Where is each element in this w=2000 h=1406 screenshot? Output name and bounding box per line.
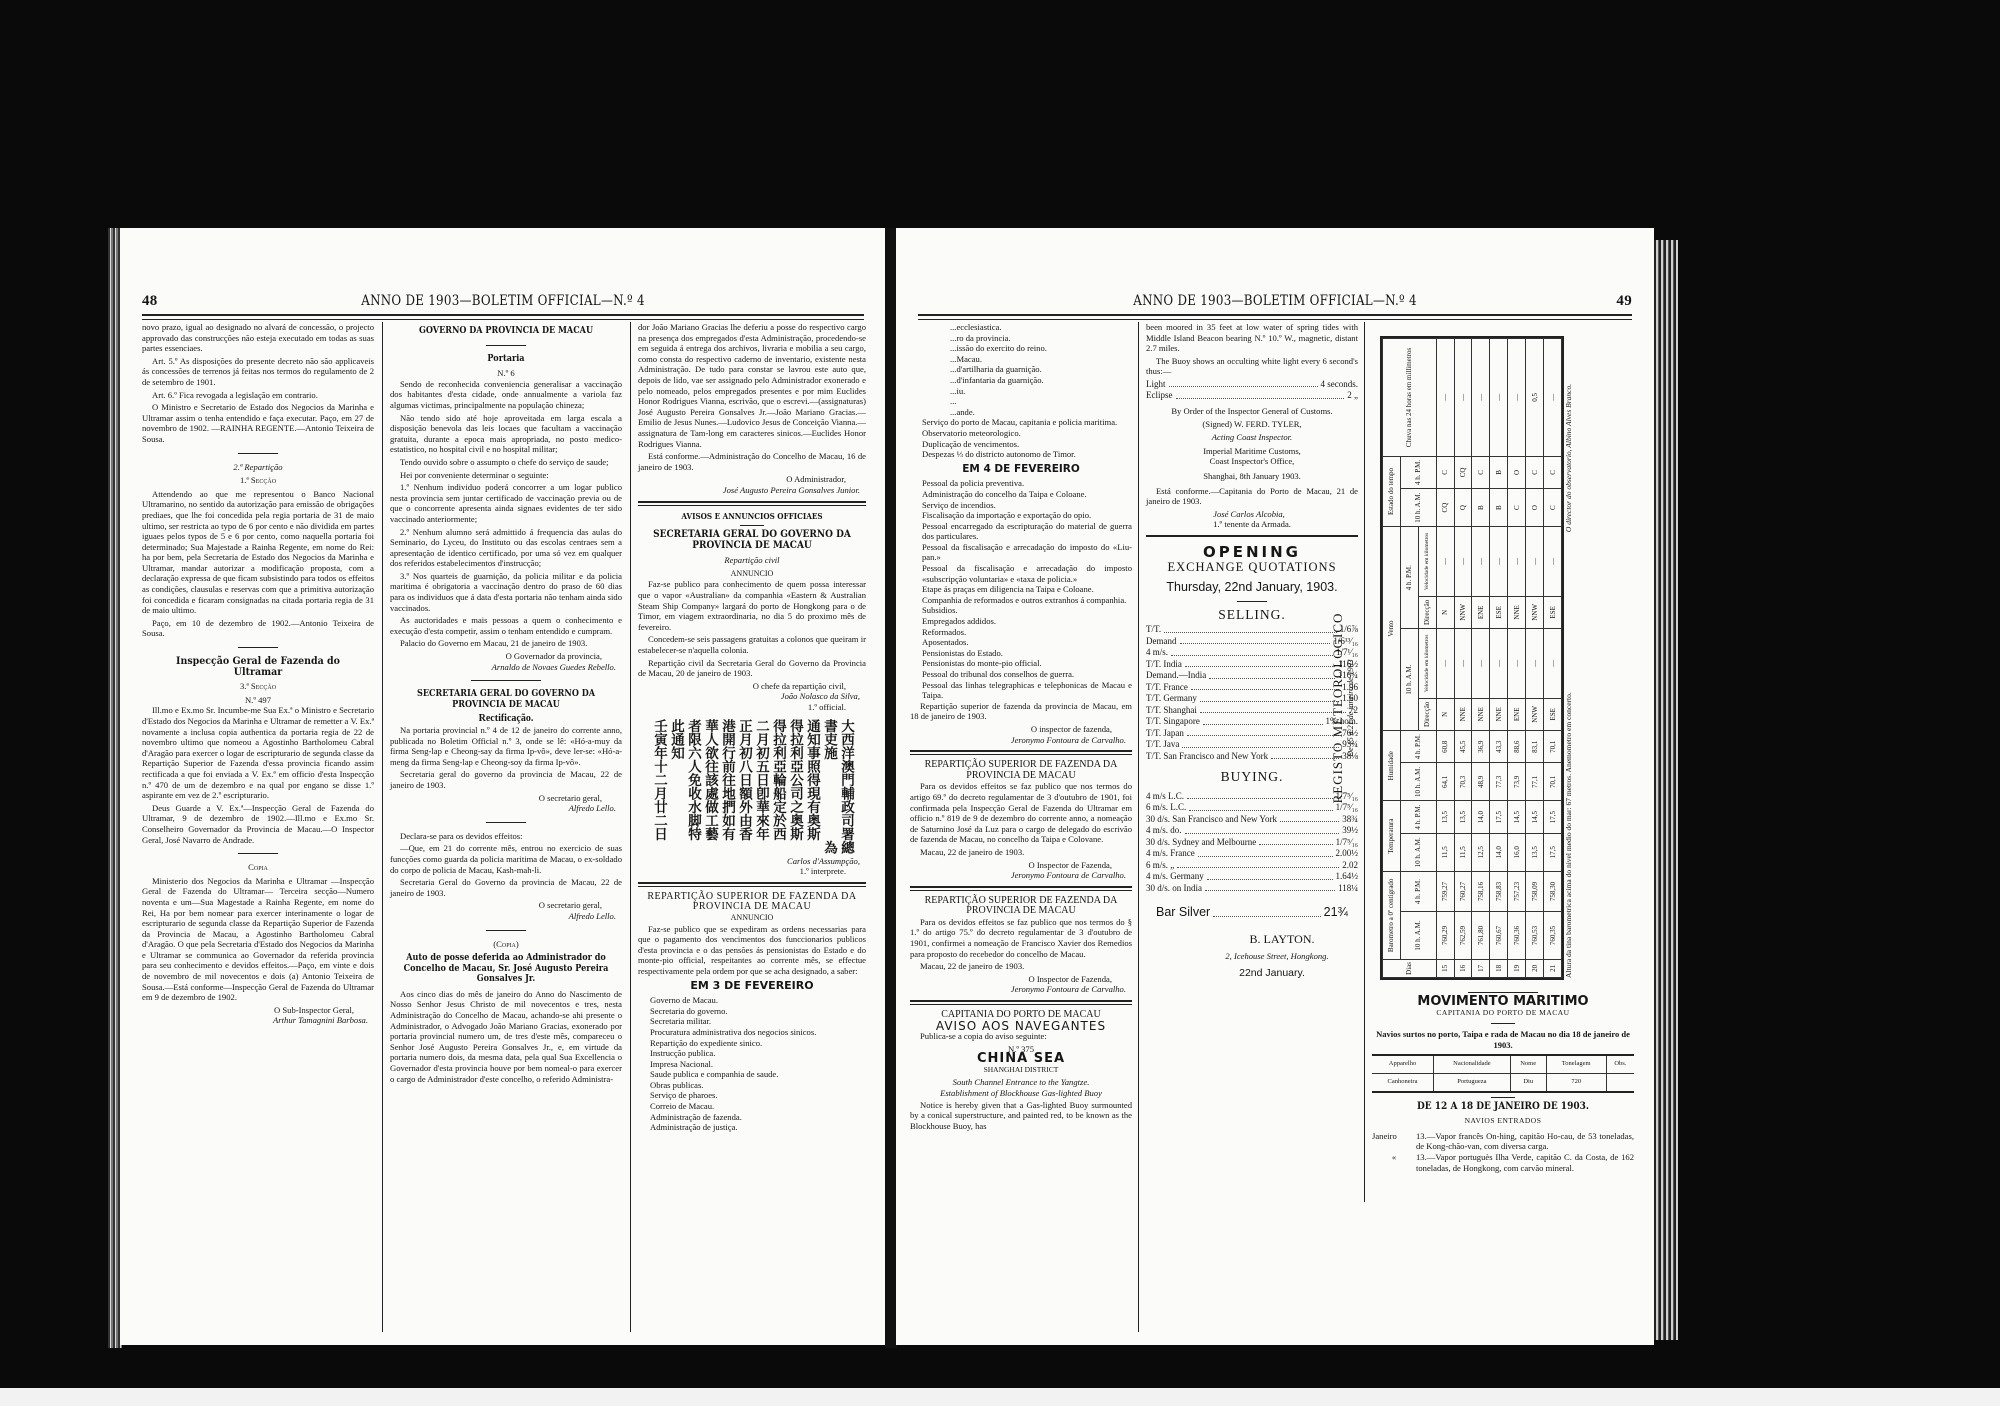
cell: C [1544,489,1562,527]
signature-name: Alfredo Lello. [390,803,622,814]
cell: 12,5 [1472,833,1490,871]
cell: NNW [1454,596,1472,628]
paragraph: 2.º Nenhum alumno será admittido á frequ… [390,527,622,569]
signature-name: José Carlos Alcobia, [1146,509,1358,520]
quote-label: 30 d/s. Sydney and Melbourne [1146,837,1256,849]
page-number: 49 [1616,293,1632,310]
cell: 11,5 [1454,833,1472,871]
quote-value: 21¾ [1324,904,1348,920]
doc-number: N.º 6 [390,368,622,379]
cell: — [1436,629,1454,698]
arrival-month: Janeiro [1372,1131,1416,1152]
quote-label: 6 m/s. „ [1146,860,1174,872]
paragraph: By Order of the Inspector General of Cus… [1146,406,1358,417]
list-item: Correio de Macau. [650,1101,866,1112]
cell: C [1436,456,1454,488]
col-header: Vento [1383,527,1401,731]
column-rule [630,322,631,1332]
section-label: Establishment of Blockhouse Gas-lighted … [910,1088,1132,1099]
section-heading: EM 3 DE FEVEREIRO [638,981,866,992]
cell: 758,30 [1544,871,1562,911]
met-director: O director do observatorio, Albino Alves… [1564,338,1588,578]
cell: 761,80 [1472,912,1490,960]
met-footnote: Altura da tina barometrica acima do nive… [1564,648,1588,978]
payment-list: Serviço do porto de Macau, capitania e p… [910,417,1132,459]
table-row: 15760,29759,2711,513,564,160,8N—N—CQC— [1436,339,1454,978]
cell: 13,5 [1526,833,1544,871]
running-head-right: ANNO DE 1903—BOLETIM OFFICIAL—N.º 4 49 [918,293,1632,313]
paragraph: Faz-se publico que se expediram as orden… [638,924,866,977]
section-heading: EM 4 DE FEVEREIRO [910,464,1132,475]
cell: 17,5 [1544,833,1562,871]
list-item: Instrucção publica. [650,1048,866,1059]
left-col-1: novo prazo, igual ao designado no alvará… [142,322,374,1026]
selling-heading: SELLING. [1146,610,1358,621]
paragraph: Secretaria geral do governo da provincia… [390,769,622,790]
list-item: Pessoal da fiscalisação e arrecadação do… [922,542,1132,563]
signature-name: Jeronymo Fontoura de Carvalho. [910,735,1132,746]
dateline: Shanghai, 8th January 1903. [1146,471,1358,482]
cell: Diu [1510,1073,1546,1091]
paragraph: Declara-se para os devidos effeitos: [390,831,622,842]
list-item: Serviço de pharoes. [650,1090,866,1101]
list-item: Repartição do expediente sinico. [650,1038,866,1049]
cell: — [1508,629,1526,698]
paragraph: 1.º Nenhum individuo poderá concorrer a … [390,482,622,524]
sub-header: Direcção [1418,596,1436,628]
signature-name: Arthur Tamagnini Barbosa. [142,1015,374,1026]
paragraph: Na portaria provincial n.º 4 de 12 de ja… [390,725,622,767]
cell: 720 [1546,1073,1606,1091]
cell: 17,5 [1544,801,1562,833]
section-heading: REPARTIÇÃO SUPERIOR DE FAZENDA DA PROVIN… [910,896,1132,917]
signature-title: O chefe da repartição civil, [638,681,866,692]
quote-row: T/T. Java93¾ [1146,739,1358,751]
quote-label: 30 d/s. San Francisco and New York [1146,814,1277,826]
cell: ESE [1490,596,1508,628]
section-label: Repartição civil [638,555,866,566]
signature-title: 1.º interprete. [638,866,866,877]
list-item: Serviço do porto de Macau, capitania e p… [922,417,1132,428]
cell: NNE [1508,596,1526,628]
paragraph: As auctoridades e mais pessoas a quem o … [390,615,622,636]
col-header: Nacionalidade [1434,1055,1511,1073]
list-item: Serviço de incendios. [922,500,1132,511]
quote-row: T/T. Germany1.60 [1146,693,1358,705]
list-item: Procuratura administrativa dos negocios … [650,1027,866,1038]
list-item: Despezas ⅓ do districto autonomo de Timo… [922,449,1132,460]
signature-title: O Governador da provincia, [390,651,622,662]
list-item: Obras publicas. [650,1080,866,1091]
signature-title: O inspector de fazenda, [910,724,1132,735]
section-heading: DE 12 A 18 DE JANEIRO DE 1903. [1385,1102,1621,1113]
cell: 43,3 [1490,731,1508,763]
section-label: Copia [142,862,374,873]
paragraph: Repartição superior de fazenda da provin… [910,701,1132,722]
cell: ESE [1544,596,1562,628]
quote-row: 4 m/s. do.39½ [1146,825,1358,837]
chinese-column: 得拉利亞輪船定於西 [770,719,785,854]
paragraph: Para os devidos effeitos se faz publico … [910,781,1132,845]
quote-row: 30 d/s. on India118¼ [1146,883,1358,895]
arrival-entry: Janeiro 13.—Vapor francês On-hing, capit… [1372,1131,1634,1152]
cell: 36,9 [1472,731,1490,763]
cell: — [1490,629,1508,698]
signature-title: O secretario geral, [390,900,622,911]
row-label: Eclipse [1146,390,1173,402]
section-heading: CHINA SEA [910,1054,1132,1065]
signature-name: Jeronymo Fontoura de Carvalho. [910,984,1132,995]
quote-row: T/T. India116½ [1146,659,1358,671]
leader-dots [1209,670,1335,679]
quote-row: 4 m/s. Germany1.64½ [1146,871,1358,883]
cell: NNW [1526,698,1544,730]
page-number: 48 [142,293,158,310]
header-rule [918,314,1632,320]
leader-dots [1198,848,1333,857]
section-heading: REPARTIÇÃO SUPERIOR DE FAZENDA DA PROVIN… [910,760,1132,781]
leader-dots [1200,705,1346,714]
leader-dots [1180,636,1331,645]
paragraph: Está conforme.—Administração do Concelho… [638,451,866,472]
cell: N [1436,698,1454,730]
cell: 20 [1526,959,1544,977]
divider [1146,535,1358,539]
signature-name: B. LAYTON. [1146,934,1358,945]
chinese-column: 壬寅年十二月廿二日 [651,719,666,854]
paragraph: novo prazo, igual ao designado no alvará… [142,322,374,354]
quote-label: T/T. India [1146,659,1182,671]
cell: 16,0 [1508,833,1526,871]
signature-name: Jeronymo Fontoura de Carvalho. [910,870,1132,881]
cell: 17 [1472,959,1490,977]
cell: 757,23 [1508,871,1526,911]
cell: 14,0 [1472,801,1490,833]
sub-header: 10 h. A.M. [1400,629,1418,731]
met-title: REGISTO METEOROLOGICO [1330,528,1346,888]
section-heading: AVISO AOS NAVEGANTES [910,1021,1132,1032]
cell: 760,27 [1454,871,1472,911]
signature-title: Acting Coast Inspector. [1146,432,1358,443]
col-header: Nome [1510,1055,1546,1073]
heading-exchange: EXCHANGE QUOTATIONS [1146,562,1358,573]
quote-label: T/T. Shanghai [1146,705,1197,717]
list-item: Pessoal da policia preventiva. [922,478,1132,489]
cell: ENE [1472,596,1490,628]
col-header: Tonelagem [1546,1055,1606,1073]
left-col-3: dor João Mariano Gracias lhe deferiu a p… [638,322,866,1133]
heading-opening: OPENING [1146,547,1358,558]
arrival-month: « [1372,1152,1416,1173]
sub-header: Velocidade em kilometros [1418,629,1436,698]
cell: 760,35 [1544,912,1562,960]
sub-header: 4 h. P.M. [1400,871,1436,911]
chinese-notice: 大西洋澳門輔政司署總 書吏施 為 通知事照得現有奥斯 得拉利亞公司之奥斯 得拉利… [638,719,866,854]
section-heading: SECRETARIA GERAL DO GOVERNO DA PROVINCIA… [402,689,611,710]
right-col-3-bottom: MOVIMENTO MARITIMO CAPITANIA DO PORTO DE… [1372,990,1634,1173]
paragraph: Sendo de reconhecida conveniencia genera… [390,379,622,411]
cell: 760,53 [1526,912,1544,960]
sub-header: Velocidade em kilometros [1418,527,1436,596]
cell: 70,3 [1454,763,1472,801]
chinese-column: 二月初五日卽華來年 [753,719,768,854]
section-heading: REPARTIÇÃO SUPERIOR DE FAZENDA DA PROVIN… [638,892,866,913]
ornament-divider [1468,992,1538,993]
cell: N [1436,596,1454,628]
running-head-left: 48 ANNO DE 1903—BOLETIM OFFICIAL—N.º 4 [142,293,864,313]
quote-row: Demand1/6¹³⁄₁₆ [1146,636,1358,648]
quote-row: 30 d/s. Sydney and Melbourne1/7⁵⁄₁₆ [1146,837,1358,849]
cell: O [1526,489,1544,527]
column-rule [1364,322,1365,1202]
paragraph: Tendo ouvido sobre o assumpto o chefe do… [390,457,622,468]
chinese-column: 通知事照得現有奥斯 [804,719,819,854]
cell: — [1508,527,1526,596]
paragraph: Repartição civil da Secretaria Geral do … [638,658,866,679]
cell: C [1544,456,1562,488]
chinese-column: 華人欲往該處做工藝 [702,719,717,854]
ornament-divider [471,680,541,681]
paragraph: Secretaria Geral do Governo da provincia… [390,877,622,898]
signature-title: O Inspector de Fazenda, [910,860,1132,871]
list-item: Duplicação de vencimentos. [922,439,1132,450]
cell: CQ [1436,489,1454,527]
leader-dots [1200,693,1339,702]
quote-label: 4 m/s. [1146,647,1168,659]
paragraph: Para os devidos effeitos se faz publico … [910,917,1132,959]
selling-table: T/T.1/6⅞ Demand1/6¹³⁄₁₆ 4 m/s.1/7¹⁄₁₆ T/… [1146,624,1358,762]
list-item: ...d'infantaria da guarnição. [950,375,1132,386]
doc-number: N.º 497 [142,695,374,706]
quote-row: T/T. San Francisco and New York38⅛ [1146,751,1358,763]
leader-dots [1191,682,1339,691]
cell: B [1472,489,1490,527]
paragraph: —Que, em 21 do corrente mês, entrou no e… [390,843,622,875]
list-item: Pessoal do tribunal dos conselhos de gue… [922,669,1132,680]
cell: — [1526,527,1544,596]
list-item: Pensionistas do monte-pio official. [922,658,1132,669]
cell: 760,36 [1508,912,1526,960]
cell: 70,1 [1544,763,1562,801]
quote-label: T/T. Japan [1146,728,1184,740]
book-right-edge [1654,240,1678,1340]
met-subtitle: De 15 a 21 de janeiro de 1903 [1346,528,1355,888]
signature-name: José Augusto Pereira Gonsalves Junior. [638,485,866,496]
payment-list: Pessoal da policia preventiva. Administr… [910,478,1132,700]
cell: 48,9 [1472,763,1490,801]
section-heading: Portaria [402,354,611,365]
section-label: 2.ª Repartição [142,462,374,473]
section-label: ANNUNCIO [638,913,866,924]
cell: — [1544,527,1562,596]
list-item: ...Macau. [950,354,1132,365]
section-heading: Rectificação. [390,714,622,725]
quote-row: 4 m/s.1/7¹⁄₁₆ [1146,647,1358,659]
column-rule [1138,322,1139,1332]
header-rule [142,314,864,320]
quote-row: 6 m/s. „2.02 [1146,860,1358,872]
section-label: 1.ª Secção [142,475,374,486]
cell: 83,1 [1526,731,1544,763]
list-item: Companhia de reformados e outros extranh… [922,595,1132,606]
quote-row: T/T. France1.96 [1146,682,1358,694]
office-line: Coast Inspector's Office, [1146,456,1358,467]
list-item: Fiscalisação da importação e exportação … [922,510,1132,521]
signature-name: (Signed) W. FERD. TYLER, [1146,419,1358,430]
divider [910,750,1132,755]
table-row: 19760,36757,2316,014,573,988,6ENE—NNE—CO… [1508,339,1526,978]
section-label: 3.ª Secção [142,681,374,692]
cell: 760,29 [1436,912,1454,960]
arrival-entry: « 13.—Vapor portuguès Ilha Verde, capitã… [1372,1152,1634,1173]
signature-name: João Nolasco da Silva, [638,691,866,702]
section-label: South Channel Entrance to the Yangtze. [910,1077,1132,1088]
signature-text: O director do observatorio, Albino Alves… [1564,338,1573,578]
leader-dots [1185,825,1340,834]
cell: Portugueza [1434,1073,1511,1091]
list-item: Pessoal da fiscalisação e arrecadação do… [922,563,1132,584]
paragraph: been moored in 35 feet at low water of s… [1146,322,1358,354]
cell: 759,27 [1436,871,1454,911]
list-item: Administração de fazenda. [650,1112,866,1123]
address: 2, Icehouse Street, Hongkong. [1146,951,1358,962]
quote-row: T/T. Shanghai72 [1146,705,1358,717]
divider [1491,1023,1515,1024]
cell: — [1544,629,1562,698]
paragraph: Attendendo ao que me representou o Banco… [142,489,374,616]
cell: 14,5 [1508,801,1526,833]
row-value: 2 „ [1347,390,1358,402]
list-item: Empregados addidos. [922,616,1132,627]
paragraph: O Ministro e Secretario de Estado dos Ne… [142,402,374,444]
divider [740,525,764,526]
col-header: Obs. [1606,1055,1634,1073]
cell: — [1508,339,1526,457]
cell: B [1490,456,1508,488]
quote-label: T/T. [1146,624,1161,636]
cell: — [1436,527,1454,596]
col-header: Apparelho [1372,1055,1434,1073]
leader-dots [1189,802,1332,811]
cell: — [1454,527,1472,596]
leader-dots [1207,871,1333,880]
divider [486,822,526,823]
section-heading: AVISOS E ANNUNCIOS OFFICIAES [649,511,854,522]
cell: 70,1 [1544,731,1562,763]
cell: NNE [1490,698,1508,730]
cell [1606,1073,1634,1091]
buying-heading: BUYING. [1146,772,1358,783]
list-item: Pensionistas do Estado. [922,648,1132,659]
quote-row: Demand.—India116¾ [1146,670,1358,682]
cell: NNE [1472,698,1490,730]
payment-list: Governo de Macau. Secretaria do governo.… [638,995,866,1133]
paragraph: Macau, 22 de janeiro de 1903. [910,961,1132,972]
paragraph: Macau, 22 de janeiro de 1903. [910,847,1132,858]
list-item: Subsidios. [922,605,1132,616]
cell: 64,1 [1436,763,1454,801]
arrival-text: 13.—Vapor portuguès Ilha Verde, capitão … [1416,1152,1634,1173]
signature-title: O Sub-Inspector Geral, [142,1005,374,1016]
paragraph: Paço, em 10 de dezembro de 1902.—Antonio… [142,618,374,639]
signature-name: Carlos d'Assumpção, [638,856,866,867]
list-item: Pessoal encarregado da escripturação do … [922,521,1132,542]
cell: 45,5 [1454,731,1472,763]
section-label: CAPITANIA DO PORTO DE MACAU [1372,1008,1634,1019]
chinese-column: 者限六人免收水脚特 [685,719,700,854]
signature-title: 1.º official. [638,702,866,713]
quote-label: 6 m/s. L.C. [1146,802,1186,814]
list-item: ... [950,396,1132,407]
office-line: Imperial Maritime Customs, [1146,446,1358,457]
sub-header: 10 h. A.M. [1400,763,1436,801]
divider [486,345,526,346]
cell: 21 [1544,959,1562,977]
section-heading: GOVERNO DA PROVINCIA DE MACAU [402,326,611,337]
running-title: ANNO DE 1903—BOLETIM OFFICIAL—N.º 4 [196,293,810,309]
cell: 762,59 [1454,912,1472,960]
list-item: Governo de Macau. [650,995,866,1006]
cell: C [1508,489,1526,527]
paragraph: The Buoy shows an occulting white light … [1146,356,1358,377]
row-label: Light [1146,379,1166,391]
leader-dots [1164,624,1337,633]
sub-header: 4 h. P.M. [1400,456,1436,488]
cell: 73,9 [1508,763,1526,801]
cell: C [1526,456,1544,488]
bar-silver-row: Bar Silver21¾ [1146,904,1358,920]
cell: 0,5 [1526,339,1544,457]
quote-label: T/T. San Francisco and New York [1146,751,1268,763]
leader-dots [1187,791,1333,800]
paragraph: Ministerio dos Negocios da Marinha e Ult… [142,876,374,1003]
leader-dots [1182,739,1339,748]
cell: 758,83 [1490,871,1508,911]
table-row: 21760,35758,3017,517,570,170,1ESE—ESE—CC… [1544,339,1562,978]
chinese-column: 港開行前往地捫如有 [719,719,734,854]
list-item: Pessoal das linhas telegraphicas e telep… [922,680,1132,701]
arrival-text: 13.—Vapor francês On-hing, capitão Ho-ca… [1416,1131,1634,1152]
meteorological-table: Dias Barometro a 0º centigrado Temperatu… [1380,336,1564,980]
section-label: ANNUNCIO [638,569,866,580]
paragraph: Hei por conveniente determinar o seguint… [390,470,622,481]
cell: 19 [1508,959,1526,977]
list-item: Secretaria do governo. [650,1006,866,1017]
col-header: Temperatura [1383,801,1401,871]
section-heading: MOVIMENTO MARITIMO [1372,997,1634,1008]
cell: ESE [1544,698,1562,730]
paragraph: Ill.mo e Ex.mo Sr. Incumbe-me Sua Ex.ª o… [142,705,374,800]
divider [238,853,278,854]
signature-name: Arnaldo de Novaes Guedes Rebello. [390,662,622,673]
quote-label: 4 m/s. do. [1146,825,1182,837]
col-header: Estado do tempo [1383,456,1401,526]
row-value: 4 seconds. [1321,379,1359,391]
quote-row: T/T. Japan76½ [1146,728,1358,740]
quote-label: Demand.—India [1146,670,1206,682]
cell: 11,5 [1436,833,1454,871]
payment-list-cont: ...ecclesiastica. ...ro da provincia. ..… [910,322,1132,417]
leader-dots [1185,659,1335,668]
leader-dots [1187,728,1339,737]
divider [1491,1097,1515,1098]
cell: 760,67 [1490,912,1508,960]
list-item: Reformados. [922,627,1132,638]
leader-dots [1259,837,1332,846]
signature-title: O Inspector de Fazenda, [910,974,1132,985]
section-heading: Inspecção Geral de Fazenda do Ultramar [154,656,363,677]
cell: C [1472,456,1490,488]
